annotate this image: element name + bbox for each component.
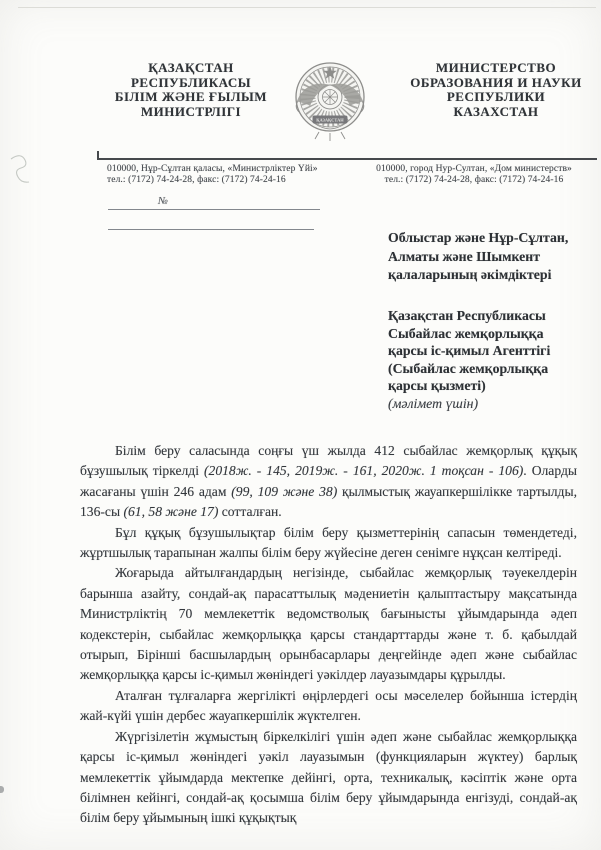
body-paragraph: Аталған тұлғаларға жергілікті өңірлердег…	[80, 686, 577, 727]
kazakhstan-coat-of-arms-icon: ҚАЗАҚСТАН	[290, 57, 370, 157]
reference-date-blank-line	[108, 229, 314, 230]
org-name-ru-line: МИНИСТЕРСТВО	[406, 61, 586, 76]
addressee-line: қарсы қызметі)	[388, 377, 590, 395]
body-paragraph: Бұл құқық бұзушылықтар білім беру қызмет…	[80, 523, 577, 564]
org-name-kk-line: РЕСПУБЛИКАСЫ	[96, 76, 286, 91]
scan-artifact-top-line	[18, 7, 596, 8]
contact-block-ru: 010000, город Нур-Султан, «Дом министерс…	[366, 164, 582, 186]
emblem-banner-text: ҚАЗАҚСТАН	[316, 118, 344, 123]
org-name-ru-line: КАЗАХСТАН	[406, 105, 586, 120]
org-name-kk: ҚАЗАҚСТАН РЕСПУБЛИКАСЫ БІЛІМ ЖӘНЕ ҒЫЛЫМ …	[96, 61, 286, 119]
address-ru: 010000, город Нур-Султан, «Дом министерс…	[366, 164, 582, 175]
scanned-letter-page: ҚАЗАҚСТАН РЕСПУБЛИКАСЫ БІЛІМ ЖӘНЕ ҒЫЛЫМ …	[0, 0, 601, 850]
addressee-line: қарсы іс-қимыл Агенттігі	[388, 342, 590, 360]
emblem-banner: ҚАЗАҚСТАН	[313, 116, 348, 124]
addressee-line: Қазақстан Республикасы	[388, 307, 590, 325]
phone-ru: тел.: (7172) 74-24-28, факс: (7172) 74-2…	[366, 175, 582, 186]
text-segment: (2018ж. - 145, 2019ж. - 161, 2020ж. 1 то…	[204, 463, 523, 478]
body-paragraph: Жоғарыда айтылғандардың негізінде, сыбай…	[80, 563, 577, 685]
addressee-line: Облыстар және Нұр-Сұлтан,	[388, 229, 590, 248]
letter-body: Білім беру саласында соңғы үш жылда 412 …	[80, 441, 577, 829]
text-segment: сотталған.	[218, 504, 281, 519]
address-kk: 010000, Нұр-Сұлтан қаласы, «Министрлікте…	[107, 164, 333, 175]
for-information-note: (мәлімет үшін)	[388, 395, 590, 413]
org-name-ru-line: РЕСПУБЛИКИ	[406, 90, 586, 105]
letterhead-divider-rule	[97, 158, 597, 160]
body-paragraph: Білім беру саласында соңғы үш жылда 412 …	[80, 441, 577, 523]
addressee-line: (Сыбайлас жемқорлыққа	[388, 360, 590, 378]
org-name-kk-line: ҚАЗАҚСТАН	[96, 61, 286, 76]
reference-number-blank-line	[108, 209, 320, 210]
emblem-tassels	[315, 132, 345, 141]
addressee-line: қалаларының әкімдіктері	[388, 266, 590, 285]
addressee-line: Сыбайлас жемқорлыққа	[388, 325, 590, 343]
org-name-ru: МИНИСТЕРСТВО ОБРАЗОВАНИЯ И НАУКИ РЕСПУБЛ…	[406, 61, 586, 119]
org-name-kk-line: БІЛІМ ЖӘНЕ ҒЫЛЫМ	[96, 90, 286, 105]
contact-block-kk: 010000, Нұр-Сұлтан қаласы, «Министрлікте…	[107, 164, 333, 186]
addressee-akimats: Облыстар және Нұр-Сұлтан, Алматы және Шы…	[388, 229, 590, 285]
text-segment: Аталған тұлғаларға жергілікті өңірлердег…	[80, 688, 577, 723]
scan-artifact-squiggle	[6, 150, 42, 192]
phone-kk: тел.: (7172) 74-24-28, факс: (7172) 74-2…	[107, 175, 333, 186]
org-name-ru-line: ОБРАЗОВАНИЯ И НАУКИ	[406, 76, 586, 91]
text-segment: (99, 109 және 38)	[231, 484, 337, 499]
body-paragraph: Жүргізілетін жұмыстың біркелкілігі үшін …	[80, 727, 577, 829]
addressee-anticorruption-agency: Қазақстан Республикасы Сыбайлас жемқорлы…	[388, 307, 590, 413]
addressee-line: Алматы және Шымкент	[388, 248, 590, 267]
scan-artifact-edge-speck	[0, 786, 4, 793]
org-name-kk-line: МИНИСТРЛІГІ	[96, 105, 286, 120]
text-segment: Бұл құқық бұзушылықтар білім беру қызмет…	[80, 525, 577, 560]
number-sign: №	[158, 196, 168, 207]
text-segment: Жүргізілетін жұмыстың біркелкілігі үшін …	[80, 729, 577, 826]
text-segment: Жоғарыда айтылғандардың негізінде, сыбай…	[80, 565, 577, 682]
text-segment: (61, 58 және 17)	[123, 504, 218, 519]
